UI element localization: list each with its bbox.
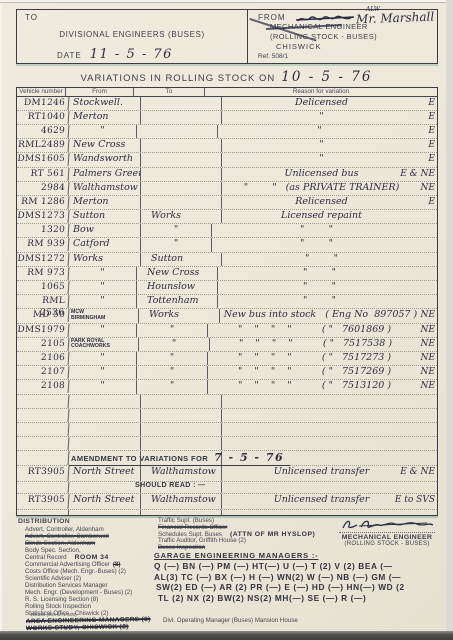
to-box: TO DIVISIONAL ENGINEERS (BUSES) DATE11 -…	[17, 10, 248, 63]
to-cell	[141, 97, 222, 110]
to-cell	[141, 409, 222, 422]
from-office-line3: CHISWICK	[276, 42, 322, 51]
vehicle-cell: DM1246	[17, 97, 70, 110]
reason-text: Relicensed	[222, 196, 421, 209]
reason-cell: Unlicensed busE & NE	[222, 168, 437, 181]
reason-cell: Licensed repaint	[222, 210, 437, 223]
date-value-handwritten: 11 - 5 - 76	[90, 47, 173, 62]
table-row: RM 1286MertonRelicensedE	[17, 196, 437, 210]
reason-cell: "E	[222, 153, 437, 166]
reason-text: " " " " ( " 7601869 )	[208, 324, 421, 337]
form-title-date: 10 - 5 - 76	[281, 69, 372, 85]
table-row: DM1246Stockwell.DelicensedE	[17, 97, 437, 111]
table-row: 2107""" " " " ( " 7517269 )NE	[17, 366, 437, 380]
vehicle-cell	[17, 423, 70, 436]
to-cell	[137, 125, 218, 138]
garage-code-line: Q (—) BN (—) PM (—) HT(—) U (—) T (2) V …	[154, 561, 446, 572]
empty-cell	[69, 482, 141, 493]
vehicle-cell: 2984	[17, 182, 70, 195]
from-cell	[69, 423, 141, 436]
operating-manager-line: Divl. Operating Manager (Buses) Mansion …	[163, 617, 298, 624]
row-mark: NE	[421, 352, 435, 364]
reason-cell: RelicensedE	[222, 196, 437, 209]
empty-cell	[69, 510, 141, 515]
from-cell: PARK ROYAL COACHWORKS	[69, 338, 139, 351]
to-cell: "	[137, 366, 208, 379]
table-row: DMS1979""" " " " ( " 7601869 )NE	[17, 324, 437, 338]
list-item: Commercial Advertising Officer(8)	[18, 561, 158, 568]
table-row: DMS1605Wandsworth"E	[17, 153, 437, 167]
list-item-text: Advert, Controller, Camberwell	[25, 533, 109, 540]
table-row: 2984Walthamstow" " (as PRIVATE TRAINER)N…	[17, 182, 437, 196]
vehicle-cell: RT 561	[17, 168, 70, 181]
struck-note: (8)	[113, 561, 121, 568]
date-line: DATE11 - 5 - 76	[57, 47, 173, 62]
to-cell	[141, 139, 222, 152]
to-cell	[141, 182, 222, 195]
from-cell: North Street	[69, 466, 141, 481]
vehicle-cell	[17, 395, 70, 408]
to-cell: Walthamstow	[141, 494, 222, 509]
list-item-text: Central Record	[25, 554, 67, 561]
reason-cell: "E	[222, 139, 437, 152]
struck-handwritten-notes: AREA ENGINEERING MANAGERS (8)WORKS STUDY…	[26, 617, 161, 631]
garage-managers-title: GARAGE ENGINEERING MANAGERS :-	[154, 551, 446, 560]
from-cell: Sutton	[69, 210, 141, 223]
reason-cell: " " " " ( " 7513120 )NE	[208, 380, 437, 393]
reason-cell	[222, 437, 437, 450]
list-item: Central RecordROOM 34	[18, 554, 158, 561]
from-cell: Walthamstow	[69, 182, 141, 195]
reason-cell: " "	[218, 295, 437, 308]
list-item: Distribution Services Manager	[18, 582, 158, 589]
signature-title-line1: MECHANICAL ENGINEER	[330, 534, 444, 541]
list-item: R. S. Licensing Section (8)	[18, 596, 158, 603]
empty-cell	[141, 510, 222, 515]
row-mark: NE	[421, 182, 435, 194]
from-cell: Stockwell.	[69, 97, 141, 110]
reason-cell: Unlicensed transferE to SVS	[222, 494, 437, 509]
reason-cell: " " " " ( " 7517269 )NE	[208, 366, 437, 379]
vehicle-cell: 2105	[17, 338, 70, 351]
reason-text: "	[218, 125, 421, 138]
vehicle-cell	[17, 437, 70, 450]
reason-text: " "	[218, 281, 421, 294]
vehicle-cell: RT3905	[16, 494, 69, 509]
from-cell: "	[69, 267, 137, 280]
row-mark: E & NE	[400, 466, 435, 478]
to-cell	[141, 423, 222, 436]
vehicle-cell: 1320	[17, 224, 70, 237]
list-item: Advert, Controller, Aldenham	[18, 526, 158, 533]
from-cell: Merton	[69, 196, 141, 209]
vehicle-cell: RM 973	[17, 267, 70, 280]
reason-cell	[222, 395, 437, 408]
from-cell: "	[69, 295, 137, 308]
row-mark: E	[428, 111, 435, 123]
vehicle-cell: MD 50	[17, 309, 70, 322]
amendment-heading-text: AMENDMENT TO VARIATIONS FOR	[71, 454, 208, 463]
garage-code-line: TL (2) NX (2) BW(2) NS(2) MH(—) SE (—) R…	[158, 593, 446, 604]
row-mark: E	[428, 97, 435, 109]
amendment-heading-row: AMENDMENT TO VARIATIONS FOR7 - 5 - 76	[17, 451, 437, 466]
scan-edge-right	[446, 0, 453, 640]
list-item-text: Scientific Adviser (2)	[25, 575, 81, 582]
row-mark: E	[428, 125, 435, 137]
reason-text: " "	[218, 295, 421, 308]
reason-cell: " "	[212, 224, 437, 237]
table-row	[17, 423, 437, 437]
from-box: FROM ALW Mr. Marshall MECHANICAL ENGINEE…	[248, 10, 437, 63]
reason-text: " "	[212, 224, 421, 237]
row-mark: E & NE	[400, 168, 435, 180]
to-cell: "	[139, 338, 210, 351]
vehicle-cell: 2107	[17, 366, 70, 379]
table-row: RT3905North StreetWalthamstowUnlicensed …	[17, 466, 437, 482]
table-row: 2105PARK ROYAL COACHWORKS"" " " " ( " 75…	[17, 338, 437, 352]
filler-row	[17, 510, 437, 515]
to-cell	[141, 196, 222, 209]
scan-edge-bottom	[0, 631, 453, 640]
to-cell: "	[137, 380, 208, 393]
table-row: RML 2536"Tottenham" "	[17, 295, 437, 309]
to-cell: Sutton	[141, 253, 222, 266]
vehicle-cell: RML2489	[17, 139, 70, 152]
reason-cell	[222, 409, 437, 422]
from-cell: Works	[69, 253, 141, 266]
reason-cell: " "	[222, 253, 437, 266]
reason-text: "	[222, 153, 421, 166]
from-cell: MCW BIRMINGHAM	[69, 309, 139, 322]
reason-cell: "E	[222, 111, 437, 124]
signature-scribble-icon	[339, 517, 435, 533]
distribution-title: DISTRIBUTION	[18, 518, 158, 525]
to-cell	[141, 437, 222, 450]
to-cell: "	[141, 224, 212, 237]
to-cell: Walthamstow	[141, 466, 222, 481]
reason-text: Unlicensed bus	[222, 168, 421, 181]
from-cell: Wandsworth	[69, 153, 141, 166]
col-vehicle-number: Vehicle number	[17, 88, 66, 96]
from-cell: New Cross	[69, 139, 141, 152]
to-recipient: DIVISIONAL ENGINEERS (BUSES)	[17, 30, 247, 39]
col-from: From	[66, 88, 134, 96]
table-row: 1065"Hounslow" "	[17, 281, 437, 295]
from-label: FROM	[258, 13, 286, 22]
vehicle-cell: RM 1286	[17, 196, 70, 209]
to-cell	[141, 395, 222, 408]
amendment-heading-date: 7 - 5 - 76	[214, 451, 284, 464]
table-header-row: Vehicle number From To Reason for variat…	[17, 88, 437, 97]
list-item-text: Mech. Engr. (Development - Buses) (2)	[25, 589, 132, 596]
row-mark: NE	[421, 324, 435, 336]
table-row: RM 973"New Cross" "	[17, 267, 437, 281]
form-title: VARIATIONS IN ROLLING STOCK ON10 - 5 - 7…	[0, 69, 453, 85]
distribution-list: DISTRIBUTION Advert, Controller, Aldenha…	[18, 518, 158, 617]
empty-cell	[17, 510, 69, 515]
from-cell	[69, 395, 141, 408]
reason-cell: " "	[218, 281, 437, 294]
to-cell: Tottenham	[137, 295, 218, 308]
reason-cell: " " " " ( " 7601869 )NE	[208, 324, 437, 337]
list-item-text: Commercial Advertising Officer	[25, 561, 110, 568]
reason-text: " " (as PRIVATE TRAINER)	[222, 182, 421, 195]
from-cell: Catford	[69, 238, 141, 251]
from-cell: "	[69, 281, 137, 294]
reason-text: " " " " ( " 7517273 )	[208, 352, 421, 365]
to-label: TO	[25, 13, 38, 22]
from-cell: "	[69, 324, 137, 337]
list-item-text: Costs Office (Mech. Engr.-Buses) (2)	[25, 568, 126, 575]
should-read-label: SHOULD READ : —	[135, 482, 206, 489]
reason-cell: " " (as PRIVATE TRAINER)NE	[222, 182, 437, 195]
reason-text: New bus into stock ( Eng No 897057 )	[220, 309, 421, 322]
from-cell: North Street	[69, 494, 141, 509]
date-label: DATE	[57, 51, 82, 60]
from-cell: "	[69, 125, 137, 138]
reason-cell: " " " " ( " 7517273 )NE	[208, 352, 437, 365]
table-row: RML2489New Cross"E	[17, 139, 437, 153]
table-row: RM 939Catford"" "	[17, 238, 437, 252]
reason-text: " " " " ( " 7513120 )	[208, 380, 421, 393]
row-mark: NE	[421, 309, 435, 321]
row-mark: E to SVS	[395, 494, 435, 506]
vehicle-cell: RML 2536	[17, 295, 70, 308]
table-row: RT 561Palmers GreenUnlicensed busE & NE	[17, 168, 437, 182]
reason-text: Licensed repaint	[222, 210, 421, 223]
reason-cell: Unlicensed transferE & NE	[222, 466, 437, 481]
vehicle-cell: DMS1605	[17, 153, 70, 166]
table-row: RT1040Merton"E	[17, 111, 437, 125]
vehicle-cell: 1065	[17, 281, 70, 294]
from-cell: Palmers Green	[69, 168, 141, 181]
table-row: MD 50MCW BIRMINGHAMWorksNew bus into sto…	[17, 309, 437, 323]
vehicle-cell: 2108	[17, 380, 70, 393]
row-mark: NE	[421, 366, 435, 378]
table-row: RT3905North StreetWalthamstowUnlicensed …	[17, 494, 437, 510]
garage-code-line: SW(2) ED (—) AR (2) PR (—) E (—) HD (—) …	[156, 582, 446, 593]
table-row: 2106""" " " " ( " 7517273 )NE	[17, 352, 437, 366]
list-item: Scientific Adviser (2)	[18, 575, 158, 582]
table-row: DMS1273SuttonWorksLicensed repaint	[17, 210, 437, 224]
reason-cell: " "	[218, 267, 437, 280]
row-mark: E	[428, 139, 435, 151]
reason-text: "	[222, 111, 421, 124]
table-row: 1320Bow"" "	[17, 224, 437, 238]
from-cell: Merton	[69, 111, 141, 124]
header-box: TO DIVISIONAL ENGINEERS (BUSES) DATE11 -…	[16, 9, 438, 64]
table-row: DMS1272WorksSutton" "	[17, 253, 437, 267]
scanned-form-page: { "header": { "to_label": "TO", "to_reci…	[0, 0, 453, 640]
reason-text: " "	[212, 238, 421, 251]
vehicle-cell	[17, 409, 70, 422]
reason-text: Unlicensed transfer	[222, 466, 421, 481]
list-item-text: Blinds Section, Aldenham	[25, 540, 95, 547]
list-item: Costs Office (Mech. Engr.-Buses) (2)	[18, 568, 158, 575]
row-mark: NE	[421, 338, 435, 350]
list-item-text: Advert, Controller, Aldenham	[25, 526, 104, 533]
reason-cell: " "	[212, 238, 437, 251]
should-read-row: SHOULD READ : —	[17, 482, 437, 494]
to-cell: "	[141, 238, 212, 251]
middle-distribution-list: Traffic Supt. (Buses)Financial Records O…	[158, 518, 338, 552]
signature-title-line2: (ROLLING STOCK - BUSES)	[330, 541, 444, 547]
vehicle-cell: 4629	[17, 125, 70, 138]
col-to: To	[134, 88, 205, 96]
vehicle-cell: DMS1272	[17, 253, 70, 266]
table-row	[17, 437, 437, 451]
reason-text: " " " " ( " 7517538 )	[210, 338, 421, 351]
list-item: Rolling Stock Inspection	[18, 603, 158, 610]
list-item: Blinds Section, Aldenham	[18, 540, 158, 547]
list-item: Body Spec. Section,	[18, 547, 158, 554]
vehicle-cell: RT3905	[16, 466, 69, 481]
amendment-heading: AMENDMENT TO VARIATIONS FOR7 - 5 - 76	[69, 451, 290, 466]
col-reason: Reason for variation	[205, 88, 437, 96]
list-item: Advert, Controller, Camberwell	[18, 533, 158, 540]
row-mark: E	[428, 153, 435, 165]
to-cell: Works	[141, 210, 222, 223]
from-cell	[69, 437, 141, 450]
vehicle-cell: DMS1273	[17, 210, 70, 223]
reason-cell: "E	[218, 125, 437, 138]
reason-text: " " " " ( " 7517269 )	[208, 366, 421, 379]
vehicle-cell: 2106	[17, 352, 70, 365]
from-cell: "	[69, 380, 137, 393]
reason-cell: " " " " ( " 7517538 )NE	[210, 338, 437, 351]
table-row	[17, 395, 437, 409]
from-office-line2: (ROLLING STOCK - BUSES)	[270, 32, 377, 41]
reference-number: Ref. 508/1	[258, 53, 288, 60]
vehicle-cell: RT1040	[17, 111, 70, 124]
reason-cell: DelicensedE	[222, 97, 437, 110]
garage-code-line: AL(3) TC (—) BX (—) H (—) WN(2) W (—) NB…	[154, 572, 446, 583]
to-cell	[141, 111, 222, 124]
reason-text: " "	[222, 253, 421, 266]
reason-text: Delicensed	[222, 97, 421, 110]
table-row: 2108""" " " " ( " 7513120 )NE	[17, 380, 437, 394]
form-title-text: VARIATIONS IN ROLLING STOCK ON	[81, 73, 276, 84]
scan-edge-top	[0, 2, 453, 3]
list-item-text: R. S. Licensing Section (8)	[25, 596, 98, 603]
from-office-line1: MECHANICAL ENGINEER	[270, 22, 368, 31]
signature-block: MECHANICAL ENGINEER (ROLLING STOCK - BUS…	[330, 517, 444, 547]
to-cell	[141, 168, 222, 181]
from-cell: Bow	[69, 224, 141, 237]
vehicle-cell: DMS1979	[17, 324, 70, 337]
list-item-text: Rolling Stock Inspection	[25, 603, 91, 610]
garage-managers-block: GARAGE ENGINEERING MANAGERS :- Q (—) BN …	[154, 551, 446, 603]
list-item-text: Distribution Services Manager	[25, 582, 108, 589]
reason-cell: New bus into stock ( Eng No 897057 )NE	[220, 309, 437, 322]
empty-cell	[222, 510, 437, 515]
from-cell: "	[69, 366, 137, 379]
reason-text: "	[222, 139, 421, 152]
to-cell: Hounslow	[137, 281, 218, 294]
to-cell	[141, 153, 222, 166]
row-mark: NE	[421, 380, 435, 392]
empty-cell	[222, 482, 437, 493]
variations-table: Vehicle number From To Reason for variat…	[16, 87, 438, 516]
vehicle-cell: RM 939	[17, 238, 70, 251]
to-cell: New Cross	[137, 267, 218, 280]
reason-text: " "	[218, 267, 421, 280]
to-cell: Works	[139, 309, 220, 322]
handwritten-note: ROOM 34	[75, 554, 109, 561]
table-row	[17, 409, 437, 423]
from-cell: "	[69, 352, 137, 365]
reason-text: Unlicensed transfer	[222, 494, 421, 509]
empty-cell	[17, 482, 70, 493]
table-row: 4629""E	[17, 125, 437, 139]
row-mark: E	[428, 196, 435, 208]
reason-cell	[222, 423, 437, 436]
to-cell: "	[137, 352, 208, 365]
to-cell: "	[137, 324, 208, 337]
list-item-text: Body Spec. Section,	[25, 547, 81, 554]
list-item: Mech. Engr. (Development - Buses) (2)	[18, 589, 158, 596]
empty-cell	[17, 451, 70, 465]
from-cell	[69, 409, 141, 422]
